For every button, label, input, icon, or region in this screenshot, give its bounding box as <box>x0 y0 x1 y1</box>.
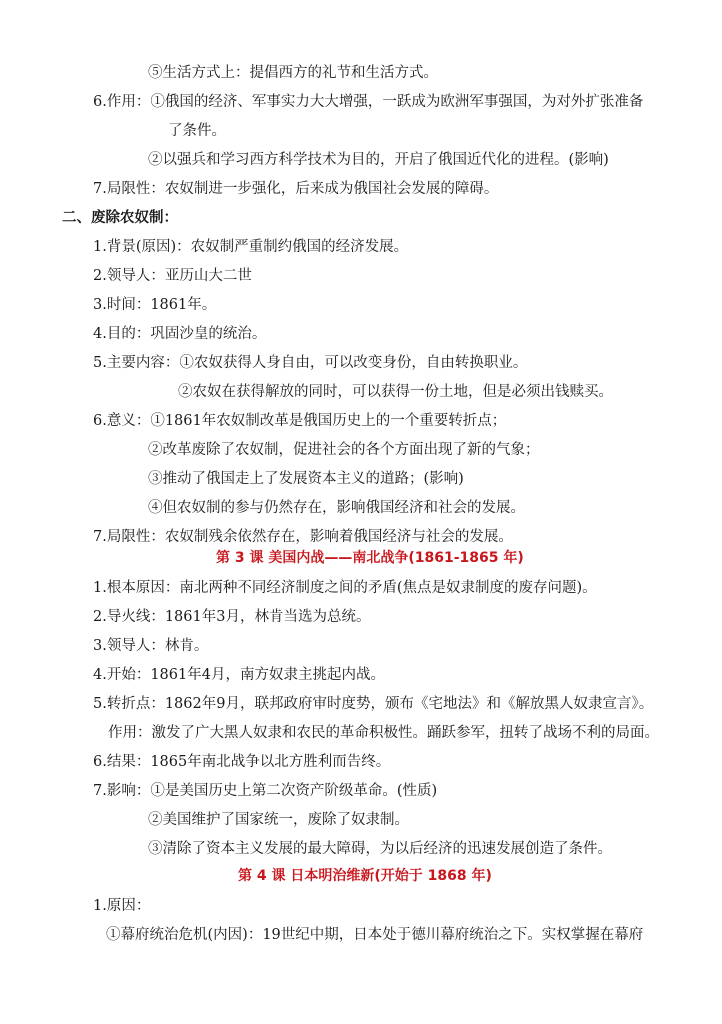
lesson-heading: 第 4 课 日本明治维新(开始于 1868 年) <box>238 866 492 886</box>
text-line: 7.局限性：农奴制残余依然存在，影响着俄国经济与社会的发展。 <box>93 527 513 547</box>
text-line: ②以强兵和学习西方科学技术为目的，开启了俄国近代化的进程。(影响) <box>148 150 609 170</box>
text-line: ①幕府统治危机(内因)：19世纪中期，日本处于德川幕府统治之下。实权掌握在幕府 <box>106 925 643 945</box>
text-line: 4.目的：巩固沙皇的统治。 <box>93 324 266 344</box>
text-line: 1.背景(原因)：农奴制严重制约俄国的经济发展。 <box>93 237 408 257</box>
text-line: 2.导火线：1861年3月，林肯当选为总统。 <box>93 607 370 627</box>
lesson-heading: 第 3 课 美国内战——南北战争(1861-1865 年) <box>216 548 524 568</box>
text-line: 3.领导人：林肯。 <box>93 636 208 656</box>
text-line: 2.领导人：亚历山大二世 <box>93 266 252 286</box>
text-line: 6.结果：1865年南北战争以北方胜利而告终。 <box>93 752 390 772</box>
text-line: 5.转折点：1862年9月，联邦政府审时度势，颁布《宅地法》和《解放黑人奴隶宣言… <box>93 694 653 714</box>
text-line: ④但农奴制的参与仍然存在，影响俄国经济和社会的发展。 <box>148 498 525 518</box>
text-line: 6.作用：①俄国的经济、军事实力大大增强，一跃成为欧洲军事强国，为对外扩张准备 <box>93 92 643 112</box>
text-line: 6.意义：①1861年农奴制改革是俄国历史上的一个重要转折点； <box>93 411 506 431</box>
text-line: 5.主要内容：①农奴获得人身自由，可以改变身份，自由转换职业。 <box>93 353 527 373</box>
text-line: ②农奴在获得解放的同时，可以获得一份土地，但是必须出钱赎买。 <box>178 382 613 402</box>
text-line: 作用：激发了广大黑人奴隶和农民的革命积极性。踊跃参军，扭转了战场不利的局面。 <box>108 723 659 743</box>
text-line: ②改革废除了农奴制，促进社会的各个方面出现了新的气象； <box>148 440 540 460</box>
text-line: ⑤生活方式上：提倡西方的礼节和生活方式。 <box>148 63 438 83</box>
text-line: ③清除了资本主义发展的最大障碍，为以后经济的迅速发展创造了条件。 <box>148 839 612 859</box>
text-line: 了条件。 <box>168 121 226 141</box>
text-line: 4.开始：1861年4月，南方奴隶主挑起内战。 <box>93 665 385 685</box>
text-line: 7.局限性：农奴制进一步强化，后来成为俄国社会发展的障碍。 <box>93 179 498 199</box>
section-heading: 二、废除农奴制： <box>62 208 178 228</box>
text-line: ②美国维护了国家统一，废除了奴隶制。 <box>148 810 409 830</box>
text-line: 1.原因： <box>93 896 150 916</box>
text-line: 7.影响：①是美国历史上第二次资产阶级革命。(性质) <box>93 781 437 801</box>
text-line: 1.根本原因：南北两种不同经济制度之间的矛盾(焦点是奴隶制度的废存问题)。 <box>93 578 597 598</box>
text-line: ③推动了俄国走上了发展资本主义的道路；(影响) <box>148 469 464 489</box>
text-line: 3.时间：1861年。 <box>93 295 216 315</box>
